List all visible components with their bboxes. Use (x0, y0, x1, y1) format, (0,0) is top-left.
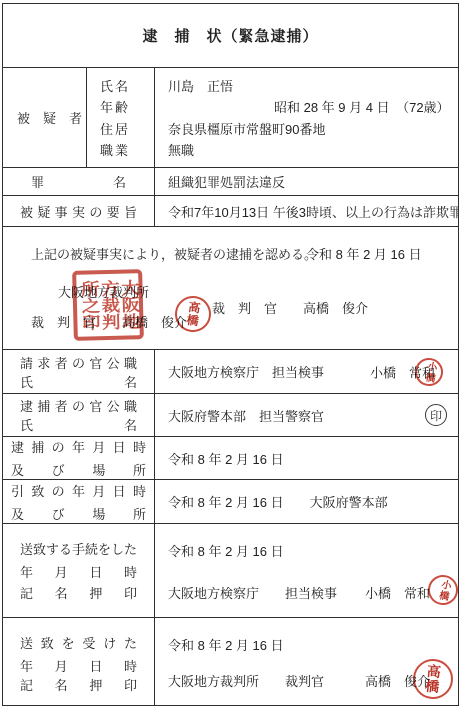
arrester-value-cell: 大阪府警本部 担当警察官 印 (155, 394, 458, 436)
arrest-datetime-row: 逮 捕 の 年 月 日 時 及 び 場 所 令和 8 年 2 月 16 日 (3, 437, 458, 480)
sent-received-label-cell: 送 致 を 受 け た 年 月 日 時 記 名 押 印 (3, 618, 155, 705)
arrest-warrant-document: 逮 捕 状（緊急逮捕） 被疑者 氏名 年齢 住居 職業 川島 正悟 昭和 28 … (2, 3, 459, 706)
suspect-address-value: 奈良県橿原市常盤町90番地 (155, 119, 458, 138)
crime-name-value-cell: 組織犯罪処罰法違反 (155, 168, 458, 195)
sent-received-sign-label: 記 名 押 印 (3, 675, 154, 694)
judge-signature: 裁 判 官 高橋 俊介 (212, 298, 368, 317)
sent-received-label-group: 送 致 を 受 け た 年 月 日 時 (3, 633, 154, 675)
bring-datetime-value: 令和 8 年 2 月 16 日 大阪府警本部 (155, 492, 458, 511)
suspect-name-value: 川島 正悟 (155, 76, 458, 95)
arrest-datetime-value-cell: 令和 8 年 2 月 16 日 (155, 437, 458, 479)
crime-name-value: 組織犯罪処罰法違反 (155, 172, 458, 191)
requester-label-cell: 請 求 者 の 官 公 職 氏 名 (3, 350, 155, 393)
inkan-placeholder-icon: 印 (425, 404, 447, 426)
sent-procedure-sign-label: 記 名 押 印 (3, 583, 154, 602)
suspect-age-value: 昭和 28 年 9 月 4 日 （72歳） (155, 97, 458, 116)
sent-procedure-label-cell: 送致する手続をした 年 月 日 時 記 名 押 印 (3, 524, 155, 617)
suspect-section: 被疑者 氏名 年齢 住居 職業 川島 正悟 昭和 28 年 9 月 4 日 （7… (3, 68, 458, 168)
sent-received-signature-line: 大阪地方裁判所 裁判官 高橋 俊介 高橋 (155, 671, 458, 690)
facts-summary-label-cell: 被 疑 事 実 の 要 旨 (3, 196, 155, 226)
suspect-address-label: 住居 (87, 119, 154, 138)
sent-received-org: 大阪地方裁判所 裁判官 (168, 674, 324, 689)
arrest-datetime-label-line1: 逮 捕 の 年 月 日 時 (3, 437, 154, 456)
sent-received-label-line1: 送 致 を 受 け た (3, 633, 154, 652)
arrester-row: 逮 捕 者 の 官 公 職 氏 名 大阪府警本部 担当警察官 印 (3, 394, 458, 437)
suspect-occupation-label: 職業 (87, 140, 154, 159)
sent-procedure-label-line2: 年 月 日 時 (3, 562, 154, 581)
sent-procedure-label-group: 送致する手続をした 年 月 日 時 (3, 539, 154, 581)
bring-datetime-label-cell: 引 致 の 年 月 日 時 及 び 場 所 (3, 480, 155, 523)
crime-name-label-cell: 罪 名 (3, 168, 155, 195)
sent-procedure-row: 送致する手続をした 年 月 日 時 記 名 押 印 令和 8 年 2 月 16 … (3, 524, 458, 618)
sent-received-label-line2: 年 月 日 時 (3, 656, 154, 675)
suspect-name-label: 氏名 (87, 76, 154, 95)
sent-procedure-org: 大阪地方検察庁 担当検事 (168, 586, 337, 601)
suspect-occupation-value: 無職 (155, 140, 458, 159)
requester-value-cell: 大阪地方検察庁 担当検事 小橋 常和 小橋 (155, 350, 458, 393)
court-square-seal-icon: 大阪地 方裁判 所之印 (72, 269, 144, 341)
sent-received-row: 送 致 を 受 け た 年 月 日 時 記 名 押 印 令和 8 年 2 月 1… (3, 618, 458, 705)
approval-date: 令和 8 年 2 月 16 日 (306, 244, 422, 263)
bring-datetime-row: 引 致 の 年 月 日 時 及 び 場 所 令和 8 年 2 月 16 日 大阪… (3, 480, 458, 524)
facts-summary-row: 被 疑 事 実 の 要 旨 令和7年10月13日 午後3時頃、以上の行為は詐欺罪… (3, 196, 458, 227)
crime-name-row: 罪 名 組織犯罪処罰法違反 (3, 168, 458, 196)
sent-procedure-name: 小橋 常和 (365, 583, 430, 602)
sent-procedure-date: 令和 8 年 2 月 16 日 (155, 541, 458, 560)
sent-procedure-seal-icon: 小橋 (425, 572, 461, 608)
sent-procedure-value-cell: 令和 8 年 2 月 16 日 大阪地方検察庁 担当検事 小橋 常和 小橋 (155, 524, 458, 617)
suspect-section-label-cell: 被疑者 (3, 68, 87, 167)
facts-summary-value: 令和7年10月13日 午後3時頃、以上の行為は詐欺罪にあた (155, 202, 458, 221)
arrester-label: 逮 捕 者 の 官 公 職 氏 名 (3, 396, 154, 434)
court-seal-column: 方裁判 (98, 280, 118, 331)
suspect-section-label: 被疑者 (3, 108, 95, 127)
arrest-datetime-label-cell: 逮 捕 の 年 月 日 時 及 び 場 所 (3, 437, 155, 479)
bring-datetime-label-line1: 引 致 の 年 月 日 時 (3, 481, 154, 500)
crime-name-label: 罪 名 (3, 172, 154, 191)
suspect-field-values: 川島 正悟 昭和 28 年 9 月 4 日 （72歳） 奈良県橿原市常盤町90番… (155, 68, 458, 167)
sent-procedure-signature-line: 大阪地方検察庁 担当検事 小橋 常和 小橋 (155, 583, 458, 602)
bring-datetime-label-line2: 及 び 場 所 (3, 504, 154, 523)
sent-received-value-cell: 令和 8 年 2 月 16 日 大阪地方裁判所 裁判官 高橋 俊介 高橋 (155, 618, 458, 705)
arrester-org: 大阪府警本部 担当警察官 (155, 406, 458, 425)
arrest-datetime-label-line2: 及 び 場 所 (3, 460, 154, 479)
suspect-field-labels: 氏名 年齢 住居 職業 (87, 68, 155, 167)
bring-datetime-value-cell: 令和 8 年 2 月 16 日 大阪府警本部 (155, 480, 458, 523)
requester-row: 請 求 者 の 官 公 職 氏 名 大阪地方検察庁 担当検事 小橋 常和 小橋 (3, 350, 458, 394)
facts-summary-value-cell: 令和7年10月13日 午後3時頃、以上の行為は詐欺罪にあた (155, 196, 458, 226)
court-seal-column: 大阪地 (118, 279, 138, 330)
sent-received-seal-icon: 高橋 (411, 657, 455, 701)
arrester-label-cell: 逮 捕 者 の 官 公 職 氏 名 (3, 394, 155, 436)
suspect-age-label: 年齢 (87, 97, 154, 116)
facts-summary-label: 被 疑 事 実 の 要 旨 (3, 202, 154, 221)
sent-received-date: 令和 8 年 2 月 16 日 (155, 635, 458, 654)
title-row: 逮 捕 状（緊急逮捕） (3, 4, 458, 68)
document-title: 逮 捕 状（緊急逮捕） (142, 25, 318, 46)
arrest-datetime-value: 令和 8 年 2 月 16 日 (155, 449, 458, 468)
requester-seal-icon: 小橋 (413, 355, 445, 387)
approval-statement: 上記の被疑事実により，被疑者の逮捕を認める。 (31, 244, 317, 263)
judge-approval-section: 上記の被疑事実により，被疑者の逮捕を認める。 令和 8 年 2 月 16 日 大… (3, 227, 458, 350)
sent-procedure-label-line1: 送致する手続をした (3, 539, 154, 558)
requester-label: 請 求 者 の 官 公 職 氏 名 (3, 353, 154, 391)
court-seal-column: 所之印 (78, 280, 98, 331)
